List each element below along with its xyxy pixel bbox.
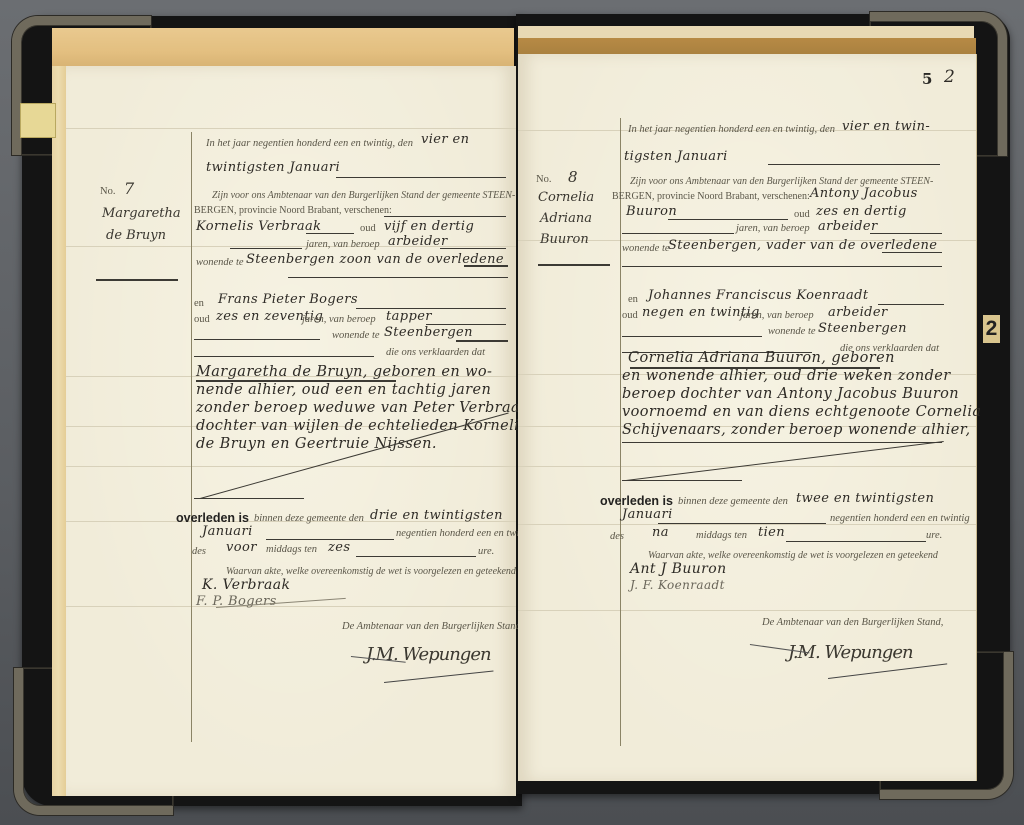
died-text: binnen deze gemeente den (254, 513, 364, 524)
page-number-printed: 5 (922, 70, 932, 88)
date-hand-2: twintigsten Januari (206, 160, 340, 175)
death-day: drie en twintigsten (370, 508, 503, 523)
middags-ten-right: middags ten (696, 530, 747, 541)
declarant2-name-right: Johannes Franciscus Koenraadt (648, 288, 868, 303)
jaren-beroep: jaren, van beroep (306, 239, 380, 250)
body-line-2-right: en wonende alhier, oud drie weken zonder (622, 368, 951, 384)
index-tab-right[interactable]: 2 (983, 315, 1000, 343)
died-bold: overleden is (176, 511, 249, 525)
declarant2-residence-right: Steenbergen (818, 321, 907, 336)
wonende-te-2: wonende te (332, 330, 380, 341)
wonende-te-right: wonende te (622, 243, 670, 254)
page-stack-top-left (52, 28, 514, 70)
body-line-1-right: Cornelia Adriana Buuron, geboren (628, 350, 895, 366)
declarant1-age: vijf en dertig (384, 219, 474, 234)
middags-ten: middags ten (266, 544, 317, 555)
intro-text-right: In het jaar negentien honderd een en twi… (628, 124, 835, 135)
died-bold-right: overleden is (600, 494, 673, 508)
record-number: 7 (124, 179, 134, 198)
page-number-handwritten: 2 (944, 67, 955, 87)
year-text-right: negentien honderd een en twintig (830, 513, 970, 524)
appeared-line2-right: BERGEN, provincie Noord Brabant, versche… (612, 191, 810, 202)
year-text: negentien honderd een en twintig (396, 528, 536, 539)
intro-text: In het jaar negentien honderd een en twi… (206, 138, 413, 149)
official-signature: J.M. Wepungen (366, 644, 491, 665)
record-number-label: No. (100, 186, 115, 197)
oud-label-2: oud (194, 314, 210, 325)
margin-rule (191, 132, 192, 742)
date-hand-1-right: vier en twin- (842, 119, 930, 134)
margin-name-line1-right: Cornelia (538, 190, 594, 205)
death-month: Januari (202, 524, 253, 539)
declarant1-job-right: arbeider (818, 219, 878, 234)
body-line-3-right: beroep dochter van Antony Jacobus Buuron (622, 386, 959, 402)
declarant1-job: arbeider (388, 234, 448, 249)
oud-label-2-right: oud (622, 310, 638, 321)
body-line-5-right: Schijvenaars, zonder beroep wonende alhi… (622, 422, 970, 438)
declarant2-residence: Steenbergen (384, 325, 473, 340)
left-page: No. 7 Margaretha de Bruyn In het jaar ne… (66, 66, 516, 796)
declarant2-job-right: arbeider (828, 305, 888, 320)
date-hand-1: vier en (421, 132, 469, 147)
witness-signature-1: K. Verbraak (202, 577, 290, 593)
wonende-te-2-right: wonende te (768, 326, 816, 337)
margin-name-line3-right: Buuron (540, 232, 589, 247)
jaren-beroep-right: jaren, van beroep (736, 223, 810, 234)
appeared-line1: Zijn voor ons Ambtenaar van den Burgerli… (212, 190, 515, 201)
closing-text-right: Waarvan akte, welke overeenkomstig de we… (648, 550, 938, 561)
oud-label-right: oud (794, 209, 810, 220)
witness-signature-2: F. P. Bogers (196, 594, 277, 609)
jaren-beroep-2: jaren, van beroep (302, 314, 376, 325)
time-of-day-right: na (652, 525, 669, 540)
page-stack-top-right (518, 26, 974, 38)
des-label: des (192, 546, 206, 557)
body-line-1: Margaretha de Bruyn, geboren en wo- (196, 364, 492, 380)
time-of-day: voor (226, 540, 257, 555)
record-number-right: 8 (568, 168, 578, 186)
declarant1-residence-right: Steenbergen, vader van de overledene (668, 238, 937, 253)
body-line-5: de Bruyn en Geertruie Nijssen. (196, 436, 437, 452)
body-line-2: nende alhier, oud een en tachtig jaren (196, 382, 491, 398)
wonende-te: wonende te (196, 257, 244, 268)
declarant1-name: Kornelis Verbraak (196, 219, 321, 234)
en-label-right: en (628, 294, 638, 305)
margin-name-line2-right: Adriana (540, 211, 592, 226)
date-hand-2-right: tigsten Januari (624, 149, 728, 164)
witness-signature-2-right: J. F. Koenraadt (630, 578, 725, 592)
declarant1-name-b-right: Buuron (626, 204, 677, 219)
en-label: en (194, 298, 204, 309)
margin-name-line1: Margaretha (102, 206, 181, 221)
death-hour: zes (328, 540, 350, 555)
oud-label: oud (360, 223, 376, 234)
margin-rule-right (620, 118, 621, 746)
witness-signature-1-right: Ant J Buuron (630, 561, 727, 577)
ure-label-right: ure. (926, 530, 942, 541)
body-line-4-right: voornoemd en van diens echtgenoote Corne… (622, 404, 981, 420)
declarant2-job: tapper (386, 309, 432, 324)
ure-label: ure. (478, 546, 494, 557)
official-title: De Ambtenaar van den Burgerlijken Stand, (342, 621, 523, 632)
declarant1-name-a-right: Antony Jacobus (810, 186, 918, 201)
declarant2-name: Frans Pieter Bogers (218, 292, 358, 307)
official-title-right: De Ambtenaar van den Burgerlijken Stand, (762, 617, 943, 628)
right-page: 5 2 No. 8 Cornelia Adriana Buuron In het… (518, 54, 977, 781)
death-month-right: Januari (622, 507, 673, 522)
margin-name-line2: de Bruyn (106, 228, 166, 243)
declarant1-age-right: zes en dertig (816, 204, 907, 219)
index-tab-left[interactable] (20, 103, 56, 138)
record-number-label-right: No. (536, 174, 551, 185)
closing-text: Waarvan akte, welke overeenkomstig de we… (226, 566, 516, 577)
des-label-right: des (610, 531, 624, 542)
death-hour-right: tien (758, 525, 785, 540)
declared-text: die ons verklaarden dat (386, 347, 485, 358)
appeared-line2: BERGEN, provincie Noord Brabant, versche… (194, 205, 392, 216)
jaren-beroep-2-right: jaren, van beroep (740, 310, 814, 321)
body-line-3: zonder beroep weduwe van Peter Verbraak (196, 400, 529, 416)
strike-diagonal-right (626, 441, 944, 481)
death-day-right: twee en twintigsten (796, 491, 934, 506)
died-text-right: binnen deze gemeente den (678, 496, 788, 507)
